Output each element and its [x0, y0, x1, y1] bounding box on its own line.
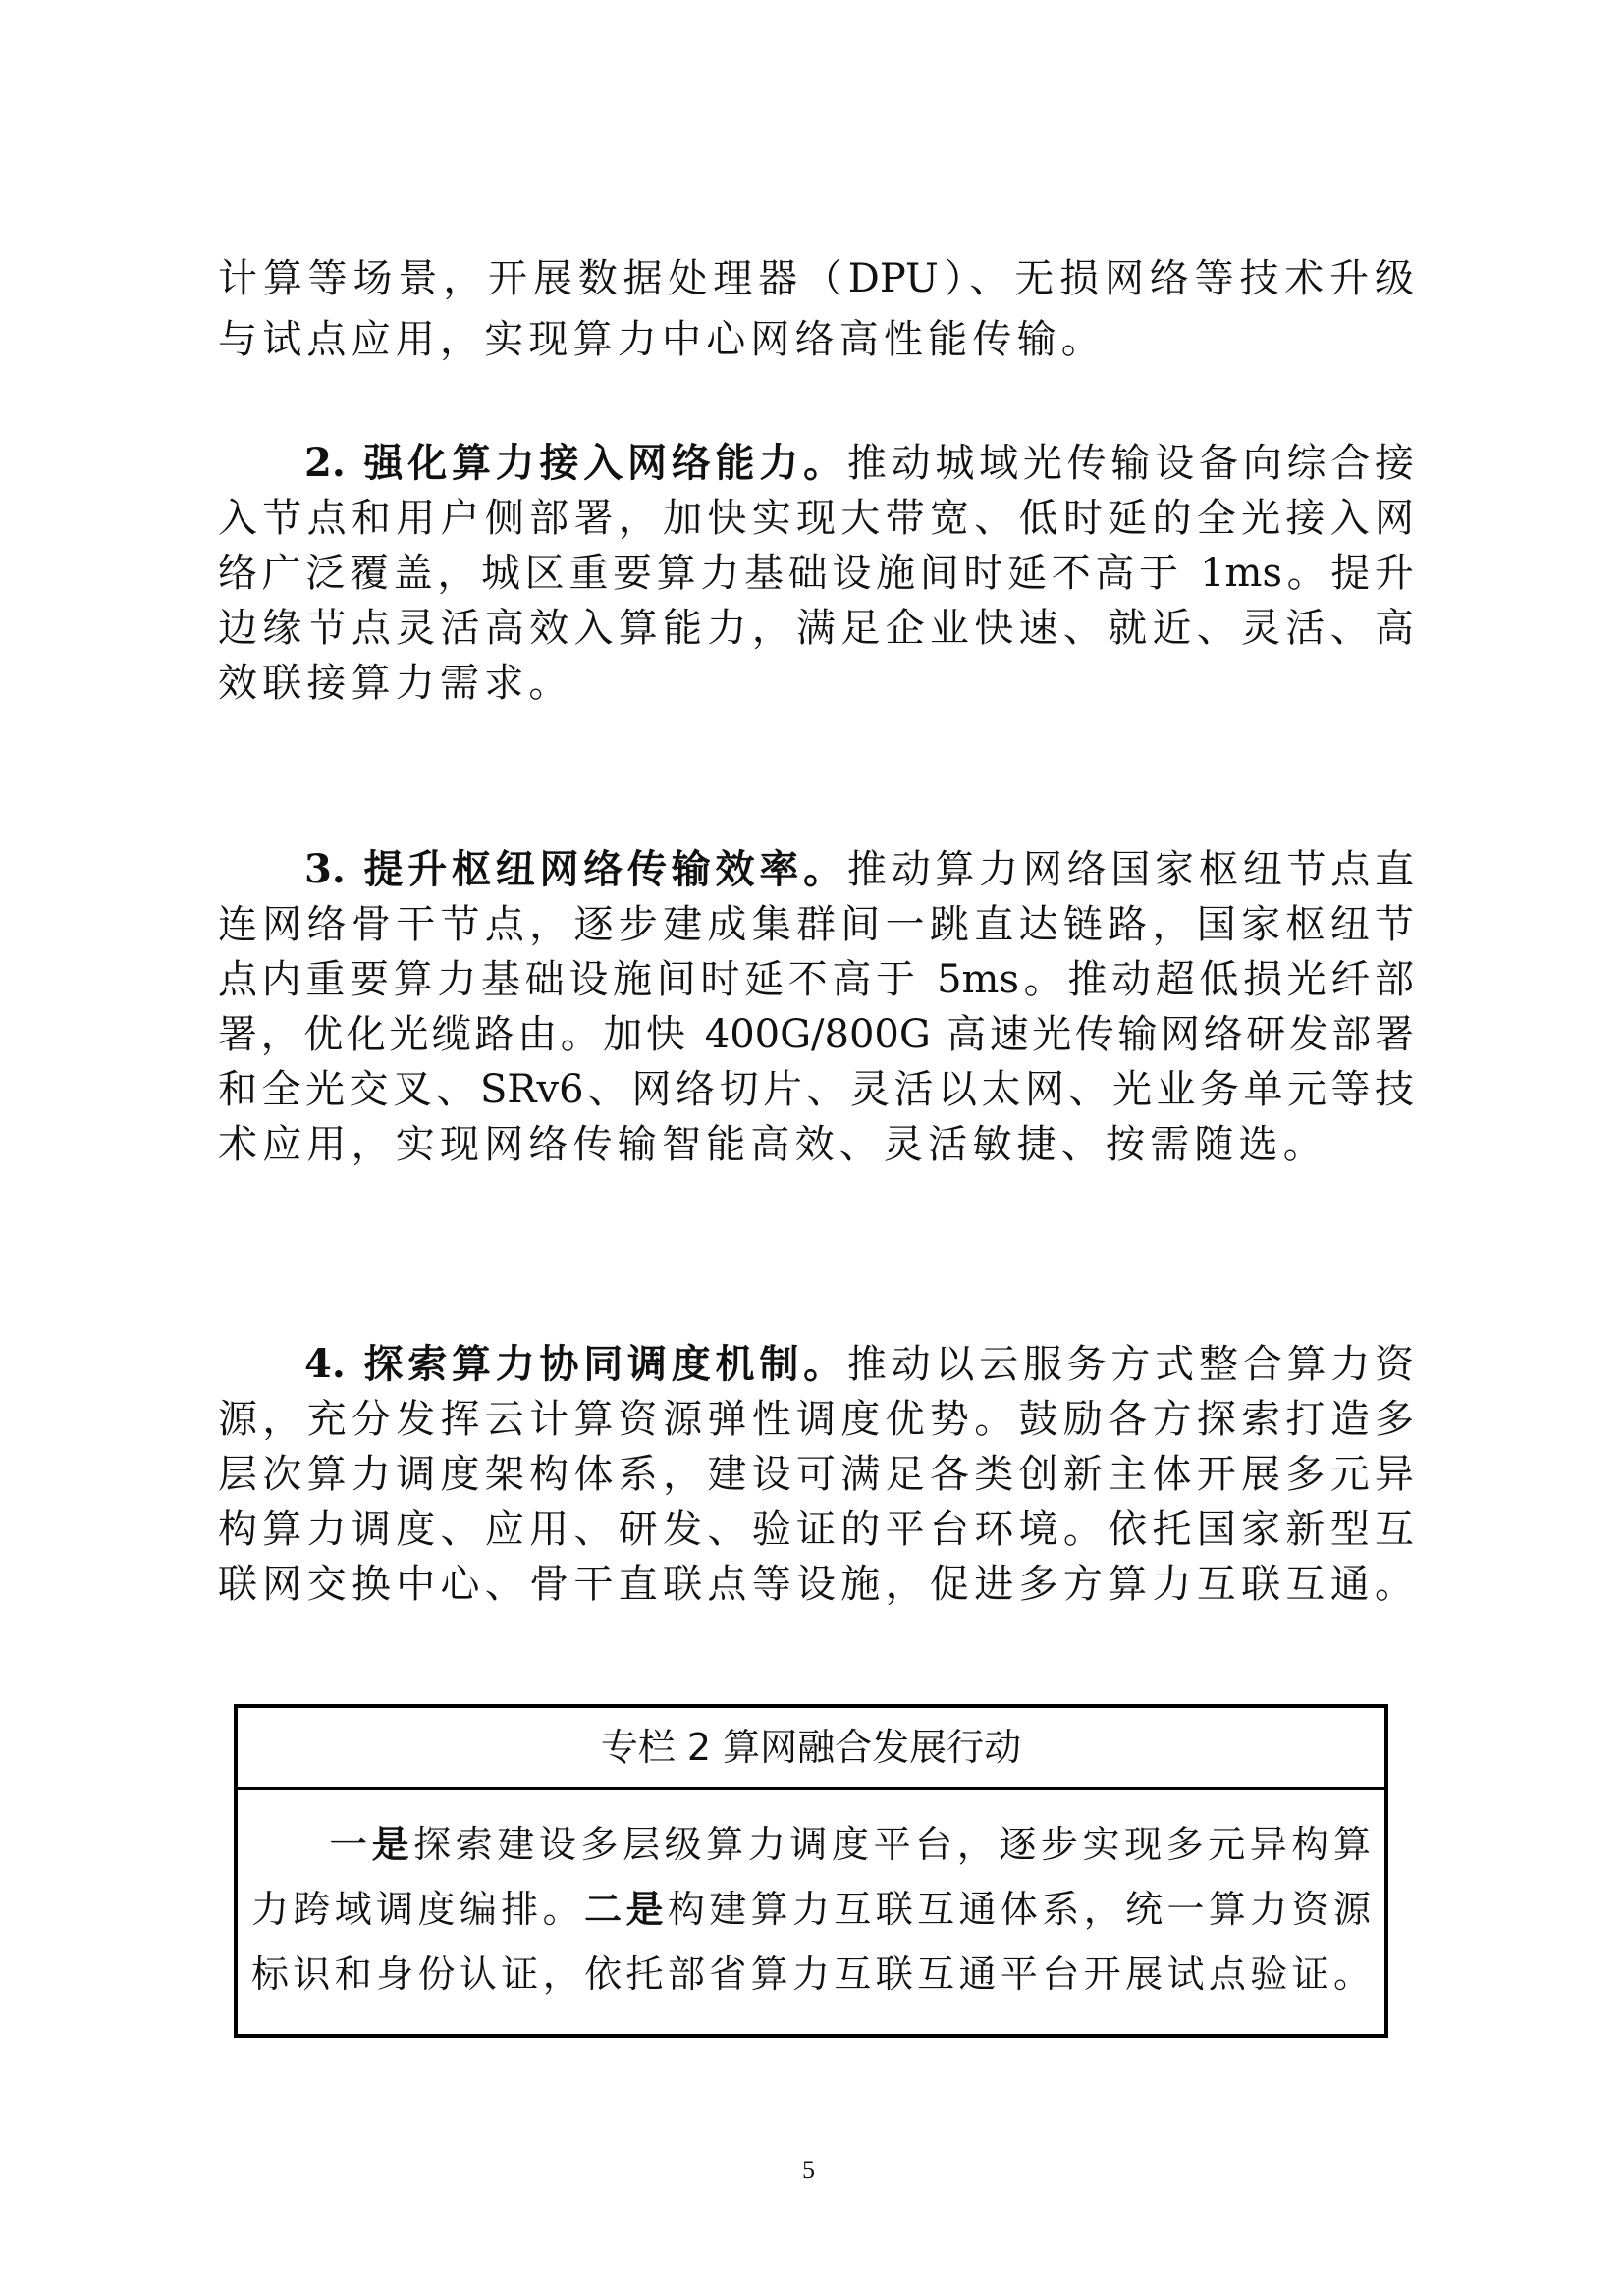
box-text: 探索建设多层级算力调度平台，逐步实现多元异构算 — [413, 1823, 1371, 1866]
paragraph-line: 连网络骨干节点，逐步建成集群间一跳直达链路，国家枢纽节 — [218, 897, 1414, 952]
section-3-first-line: 3. 提升枢纽网络传输效率。推动算力网络国家枢纽节点直 — [218, 842, 1414, 897]
box-bold-label: 一是 — [330, 1822, 413, 1866]
section-4-text: 推动以云服务方式整合算力资 — [847, 1342, 1414, 1387]
paragraph-line: 署，优化光缆路由。加快 400G/800G 高速光传输网络研发部署 — [218, 1007, 1414, 1062]
paragraph-line: 层次算力调度架构体系，建设可满足各类创新主体开展多元异 — [218, 1447, 1414, 1502]
paragraph-line: 源，充分发挥云计算资源弹性调度优势。鼓励各方探索打造多 — [218, 1392, 1414, 1447]
paragraph-line: 边缘节点灵活高效入算能力，满足企业快速、就近、灵活、高 — [218, 601, 1414, 656]
paragraph-line: 联网交换中心、骨干直联点等设施，促进多方算力互联互通。 — [218, 1557, 1414, 1612]
section-4-heading: 4. 探索算力协同调度机制。 — [304, 1341, 847, 1387]
paragraph-line: 络广泛覆盖，城区重要算力基础设施间时延不高于 1ms。提升 — [218, 546, 1414, 601]
section-3-heading: 3. 提升枢纽网络传输效率。 — [304, 846, 847, 892]
section-3-text: 推动算力网络国家枢纽节点直 — [847, 847, 1414, 892]
sidebar-box: 专栏 2 算网融合发展行动 一是探索建设多层级算力调度平台，逐步实现多元异构算 … — [234, 1704, 1388, 2038]
paragraph-line: 入节点和用户侧部署，加快实现大带宽、低时延的全光接入网 — [218, 491, 1414, 546]
paragraph-line: 构算力调度、应用、研发、验证的平台环境。依托国家新型互 — [218, 1502, 1414, 1557]
box-line: 标识和身份认证，依托部省算力互联互通平台开展试点验证。 — [251, 1948, 1371, 2001]
paragraph-line: 与试点应用，实现算力中心网络高性能传输。 — [218, 312, 1414, 367]
paragraph-line: 和全光交叉、SRv6、网络切片、灵活以太网、光业务单元等技 — [218, 1062, 1414, 1117]
paragraph-line: 计算等场景，开展数据处理器（DPU）、无损网络等技术升级 — [218, 251, 1414, 306]
paragraph-line: 效联接算力需求。 — [218, 656, 1414, 711]
section-2-text: 推动城域光传输设备向综合接 — [847, 441, 1414, 486]
section-2-first-line: 2. 强化算力接入网络能力。推动城域光传输设备向综合接 — [218, 436, 1414, 491]
box-text: 构建算力互联互通体系，统一算力资源 — [668, 1888, 1371, 1931]
box-line: 力跨域调度编排。二是构建算力互联互通体系，统一算力资源 — [251, 1883, 1371, 1936]
section-2-heading: 2. 强化算力接入网络能力。 — [304, 440, 847, 486]
box-title: 专栏 2 算网融合发展行动 — [238, 1708, 1384, 1790]
paragraph-line: 点内重要算力基础设施间时延不高于 5ms。推动超低损光纤部 — [218, 952, 1414, 1007]
box-bold-label: 二是 — [584, 1887, 668, 1931]
document-page: 计算等场景，开展数据处理器（DPU）、无损网络等技术升级 与试点应用，实现算力中… — [0, 0, 1624, 2296]
box-line: 一是探索建设多层级算力调度平台，逐步实现多元异构算 — [251, 1818, 1371, 1871]
box-text: 力跨域调度编排。 — [251, 1888, 584, 1931]
section-4-first-line: 4. 探索算力协同调度机制。推动以云服务方式整合算力资 — [218, 1337, 1414, 1392]
paragraph-line: 术应用，实现网络传输智能高效、灵活敏捷、按需随选。 — [218, 1117, 1414, 1172]
page-number: 5 — [802, 2156, 815, 2185]
